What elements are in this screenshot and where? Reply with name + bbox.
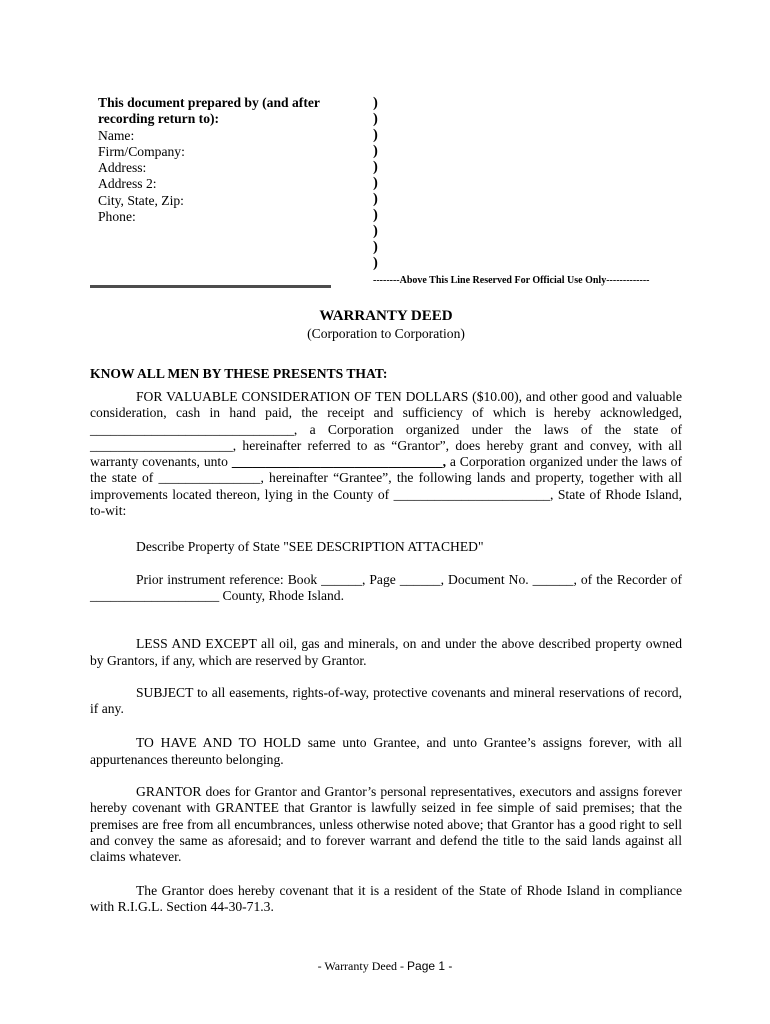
footer-page-label: Page 1 - <box>407 959 452 973</box>
paragraph: FOR VALUABLE CONSIDERATION OF TEN DOLLAR… <box>90 389 682 519</box>
paren-glyph: ) <box>373 159 393 175</box>
prepared-by-field-label: City, State, Zip: <box>98 193 370 209</box>
prepared-by-field-label: Firm/Company: <box>98 144 370 160</box>
prepared-by-fields: Name:Firm/Company:Address:Address 2:City… <box>98 128 370 226</box>
paragraph: The Grantor does hereby covenant that it… <box>90 883 682 916</box>
prepared-by-field-label: Address 2: <box>98 176 370 192</box>
paren-glyph: ) <box>373 207 393 223</box>
paren-glyph: ) <box>373 95 393 111</box>
paren-glyph: ) <box>373 255 393 271</box>
paragraph: Describe Property of State "SEE DESCRIPT… <box>90 539 682 555</box>
prepared-by-title: This document prepared by (and after rec… <box>98 95 370 128</box>
footer-doc-label: - Warranty Deed - <box>318 959 407 973</box>
paren-glyph: ) <box>373 223 393 239</box>
signature-rule <box>90 285 331 288</box>
paren-glyph: ) <box>373 175 393 191</box>
page-content: This document prepared by (and after rec… <box>90 95 682 995</box>
prepared-by-field-label: Phone: <box>98 209 370 225</box>
title-block: WARRANTY DEED (Corporation to Corporatio… <box>90 308 682 342</box>
paragraph: LESS AND EXCEPT all oil, gas and mineral… <box>90 636 682 669</box>
paren-column: ))))))))))) <box>373 95 393 271</box>
paren-glyph: ) <box>373 191 393 207</box>
presents-heading: KNOW ALL MEN BY THESE PRESENTS THAT: <box>90 366 387 382</box>
paren-glyph: ) <box>373 239 393 255</box>
paragraph: TO HAVE AND TO HOLD same unto Grantee, a… <box>90 735 682 768</box>
document-subtitle: (Corporation to Corporation) <box>90 325 682 342</box>
document-page: { "recording_block": { "title": "This do… <box>0 0 770 1024</box>
paragraph: SUBJECT to all easements, rights-of-way,… <box>90 685 682 718</box>
prepared-by-block: This document prepared by (and after rec… <box>98 95 370 225</box>
document-body: FOR VALUABLE CONSIDERATION OF TEN DOLLAR… <box>90 389 682 915</box>
page-footer: - Warranty Deed - Page 1 - <box>0 958 770 974</box>
paren-glyph: ) <box>373 127 393 143</box>
paragraph: GRANTOR does for Grantor and Grantor’s p… <box>90 784 682 865</box>
document-title: WARRANTY DEED <box>90 308 682 325</box>
official-use-note: --------Above This Line Reserved For Off… <box>373 275 682 287</box>
paren-glyph: ) <box>373 143 393 159</box>
prepared-by-field-label: Name: <box>98 128 370 144</box>
paren-glyph: ) <box>373 111 393 127</box>
paragraph: Prior instrument reference: Book ______,… <box>90 572 682 605</box>
prepared-by-field-label: Address: <box>98 160 370 176</box>
